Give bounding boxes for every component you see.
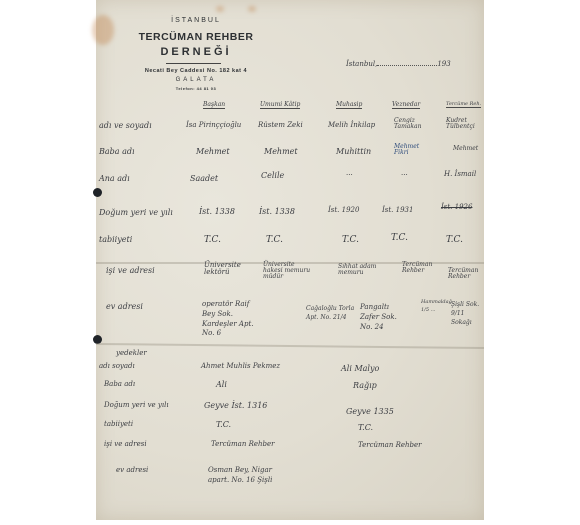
- row-label: ev adresi: [116, 467, 148, 474]
- cell: İst. 1931: [382, 207, 413, 214]
- cell: Sıhhat adam memuru: [338, 264, 383, 276]
- dateline-year: 193: [437, 60, 450, 68]
- dateline-place: İstanbul: [346, 60, 375, 68]
- cell: İst. 1338: [199, 208, 235, 216]
- cell: İsa Pirinççioğlu: [186, 122, 241, 129]
- column-header: Başkan: [203, 102, 225, 109]
- row-label: tabiiyeti: [99, 236, 132, 244]
- document-page: İSTANBUL TERCÜMAN REHBER DERNEĞİ Necati …: [96, 0, 484, 520]
- cell: Muhittin: [336, 148, 371, 156]
- letterhead-phone: Telefon: 44 81 03: [136, 86, 256, 91]
- dateline-blank: [377, 65, 437, 66]
- cell: Ahmet Muhlis Pekmez: [201, 363, 280, 370]
- cell: ...: [346, 170, 353, 177]
- column-header: Umumi Kâtip: [260, 102, 300, 109]
- row-label: adı ve soyadı: [99, 122, 152, 130]
- stain: [216, 6, 224, 12]
- cell: Ali Malyo: [341, 365, 379, 373]
- letterhead-address: Necati Bey Caddesi No. 182 kat 4: [106, 68, 286, 74]
- cell: Tercüman Rehber: [448, 268, 483, 280]
- dateline: İstanbul,193: [346, 60, 451, 68]
- cell: T.C.: [204, 236, 221, 245]
- column-header: Veznedar: [392, 102, 420, 109]
- cell: H. İsmail: [444, 171, 476, 178]
- row-label: Ana adı: [99, 175, 130, 183]
- column-header: Tercüme Reh.: [446, 102, 481, 108]
- row-label: işi ve adresi: [104, 441, 147, 448]
- cell: Rüstem Zeki: [258, 122, 303, 129]
- cell: Melih İnkilap: [328, 122, 375, 129]
- cell: Mehmet: [453, 146, 478, 152]
- cell: ...: [401, 170, 408, 177]
- row-label: tabiiyeti: [104, 421, 133, 428]
- letterhead-rule: [166, 63, 221, 64]
- cell: Cağaloğlu Torla Apt. No. 21/4: [306, 304, 356, 322]
- cell: T.C.: [358, 424, 373, 432]
- stain: [248, 6, 256, 12]
- letterhead-org-line1: TERCÜMAN REHBER: [116, 31, 276, 43]
- column-header: Muhasip: [336, 102, 362, 109]
- cell: T.C.: [446, 236, 463, 245]
- row-label: Doğum yeri ve yılı: [104, 402, 169, 409]
- cell: Pangaltı Zafer Sok. No. 24: [360, 303, 402, 332]
- cell: İst. 1920: [328, 207, 359, 214]
- cell: Geyve İst. 1316: [204, 402, 267, 410]
- cell: Mehmet: [264, 148, 298, 156]
- cell: T.C.: [216, 421, 231, 429]
- cell: İst. 1338: [259, 208, 295, 216]
- cell: Üniversite hakesi memuru müdür: [263, 262, 313, 280]
- row-label: işi ve adresi: [106, 267, 155, 275]
- cell: Üniversite lektörü: [204, 262, 254, 276]
- punch-hole: [93, 188, 102, 197]
- cell: Osman Bey, Nigar apart. No. 16 Şişli: [208, 466, 288, 486]
- cell: Mehmet Fikri: [394, 144, 424, 156]
- cell: İst. 1926: [441, 204, 472, 211]
- stain: [92, 15, 114, 45]
- row-label: Baba adı: [104, 381, 135, 388]
- cell: Rağıp: [353, 382, 377, 390]
- cell: T.C.: [266, 236, 283, 245]
- cell: Saadet: [190, 175, 218, 183]
- cell: Cengiz Tamakan: [394, 118, 432, 130]
- cell: Kudret Tülbentçi: [446, 118, 484, 130]
- cell: Geyve 1335: [346, 408, 394, 416]
- row-label: adı soyadı: [99, 363, 135, 370]
- row-label: Doğum yeri ve yılı: [99, 209, 173, 217]
- letterhead-org-line2: DERNEĞİ: [116, 46, 276, 58]
- cell: Tercüman Rehber: [402, 262, 432, 274]
- cell: Ali: [216, 381, 227, 389]
- cell: Celile: [261, 172, 284, 180]
- cell: Şişli Sok. 9/11 Sokağı: [451, 300, 483, 327]
- cell: Hammaldağ 1/5 ...: [421, 298, 453, 314]
- section-title: yedekler: [116, 350, 147, 357]
- row-label: ev adresi: [106, 303, 143, 311]
- fold-line: [96, 343, 484, 349]
- cell: T.C.: [342, 236, 359, 245]
- cell: T.C.: [391, 234, 408, 243]
- cell: Mehmet: [196, 148, 230, 156]
- cell: operatör Raif Bey Sok. Kardeşler Apt. No…: [202, 300, 264, 339]
- cell: Tercüman Rehber: [211, 441, 274, 448]
- row-label: Baba adı: [99, 148, 135, 156]
- letterhead-district: GALATA: [136, 77, 256, 83]
- letterhead-city: İSTANBUL: [136, 17, 256, 24]
- cell: Tercüman Rehber: [358, 442, 421, 449]
